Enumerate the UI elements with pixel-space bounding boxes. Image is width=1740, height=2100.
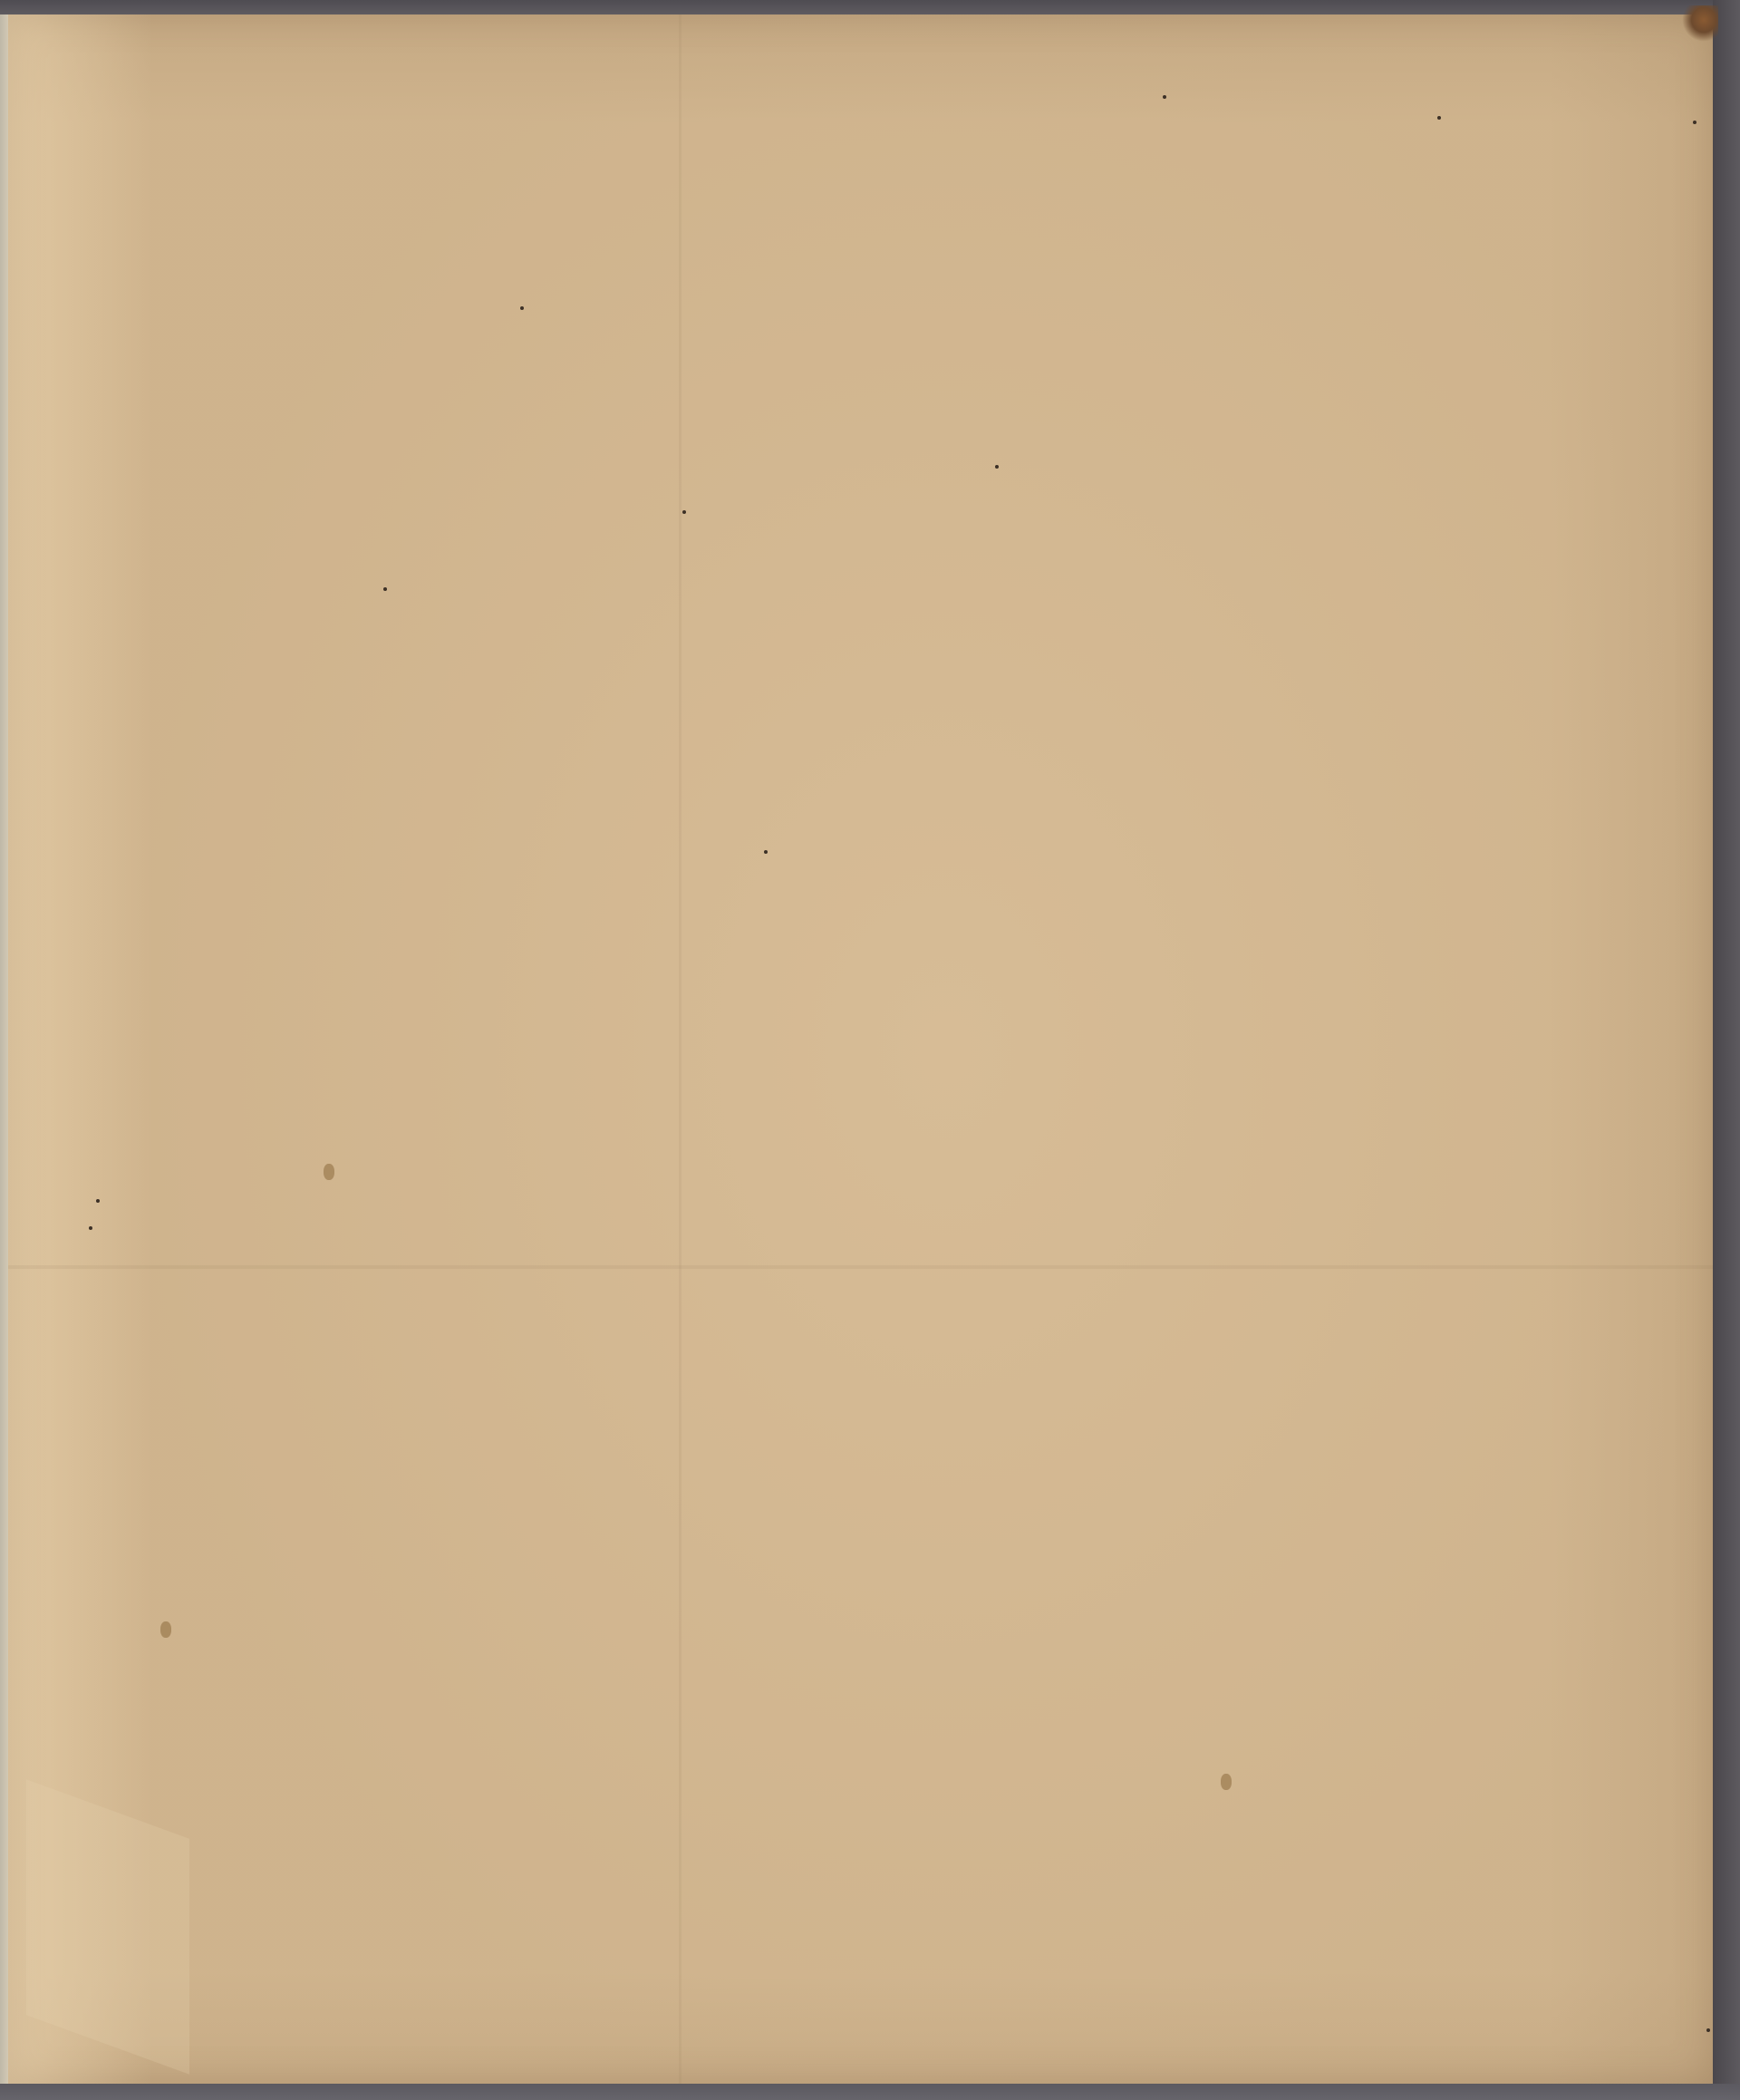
dust-speck bbox=[764, 850, 768, 854]
backing-board-right-edge bbox=[1713, 0, 1740, 2100]
scanned-page bbox=[0, 0, 1740, 2100]
paper-fold-line bbox=[679, 15, 681, 2084]
backing-board-bottom-edge bbox=[0, 2084, 1740, 2100]
backing-board-top-edge bbox=[0, 0, 1740, 15]
dust-speck bbox=[520, 306, 524, 310]
corner-tear bbox=[1682, 5, 1718, 42]
dust-speck bbox=[383, 587, 387, 591]
foxing-stain bbox=[160, 1621, 171, 1638]
foxing-stain bbox=[1221, 1774, 1232, 1790]
dust-speck bbox=[1437, 116, 1441, 120]
dust-speck bbox=[89, 1226, 92, 1230]
dust-speck bbox=[682, 510, 686, 514]
dust-speck bbox=[1706, 2028, 1710, 2032]
paper-edge-lightening bbox=[8, 15, 153, 2084]
show-through-band bbox=[8, 1265, 1713, 1269]
dust-speck bbox=[1693, 121, 1696, 124]
dust-speck bbox=[995, 465, 999, 469]
dust-speck bbox=[96, 1199, 100, 1203]
dust-speck bbox=[1163, 95, 1166, 99]
blank-paper-sheet bbox=[8, 15, 1713, 2084]
foxing-stain bbox=[324, 1164, 334, 1180]
